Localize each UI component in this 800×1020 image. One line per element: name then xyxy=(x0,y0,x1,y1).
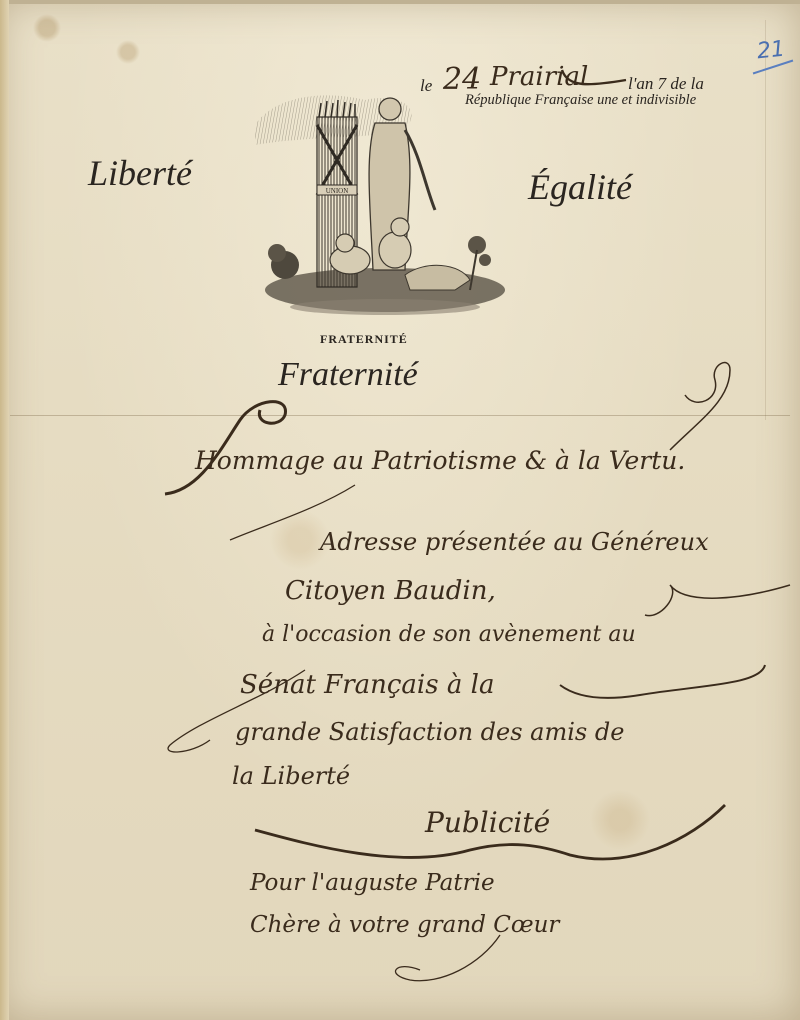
body-line-publicite: Publicité xyxy=(425,806,550,839)
paper-top-edge xyxy=(0,0,800,4)
body-line-senat: Sénat Français à la xyxy=(240,670,494,700)
top-right-flourish xyxy=(660,360,750,460)
year-label: l'an 7 de la xyxy=(628,74,704,94)
body-line-grande: grande Satisfaction des amis de xyxy=(235,718,624,746)
motto-fraternite: Fraternité xyxy=(278,356,418,394)
body-line-liberte: la Liberté xyxy=(232,762,350,790)
fold-line xyxy=(10,415,790,416)
svg-text:UNION: UNION xyxy=(326,187,349,195)
document-page: 21 le 24 Prairial l'an 7 de la Républiqu… xyxy=(0,0,800,1020)
body-line-occasion: à l'occasion de son avènement au xyxy=(262,622,636,647)
motto-liberte: Liberté xyxy=(88,152,192,194)
citoyen-flourish xyxy=(640,575,800,625)
body-line-homage: Hommage au Patriotisme & à la Vertu. xyxy=(195,446,685,475)
francais-flourish xyxy=(550,655,780,705)
body-line-citoyen: Citoyen Baudin, xyxy=(285,576,496,606)
h-flourish xyxy=(160,390,300,500)
bottom-flourish xyxy=(380,930,580,990)
paper-left-edge xyxy=(0,0,9,1020)
body-line-pour: Pour l'auguste Patrie xyxy=(250,870,495,896)
archive-number: 21 xyxy=(756,37,786,65)
body-line-adresse: Adresse présentée au Généreux xyxy=(320,528,709,556)
allegorical-vignette: UNION xyxy=(255,85,515,330)
motto-egalite: Égalité xyxy=(528,166,632,208)
vignette-caption: FRATERNITÉ xyxy=(320,332,408,347)
fold-line-vertical xyxy=(765,20,766,420)
body-line-chere: Chère à votre grand Cœur xyxy=(250,912,559,938)
